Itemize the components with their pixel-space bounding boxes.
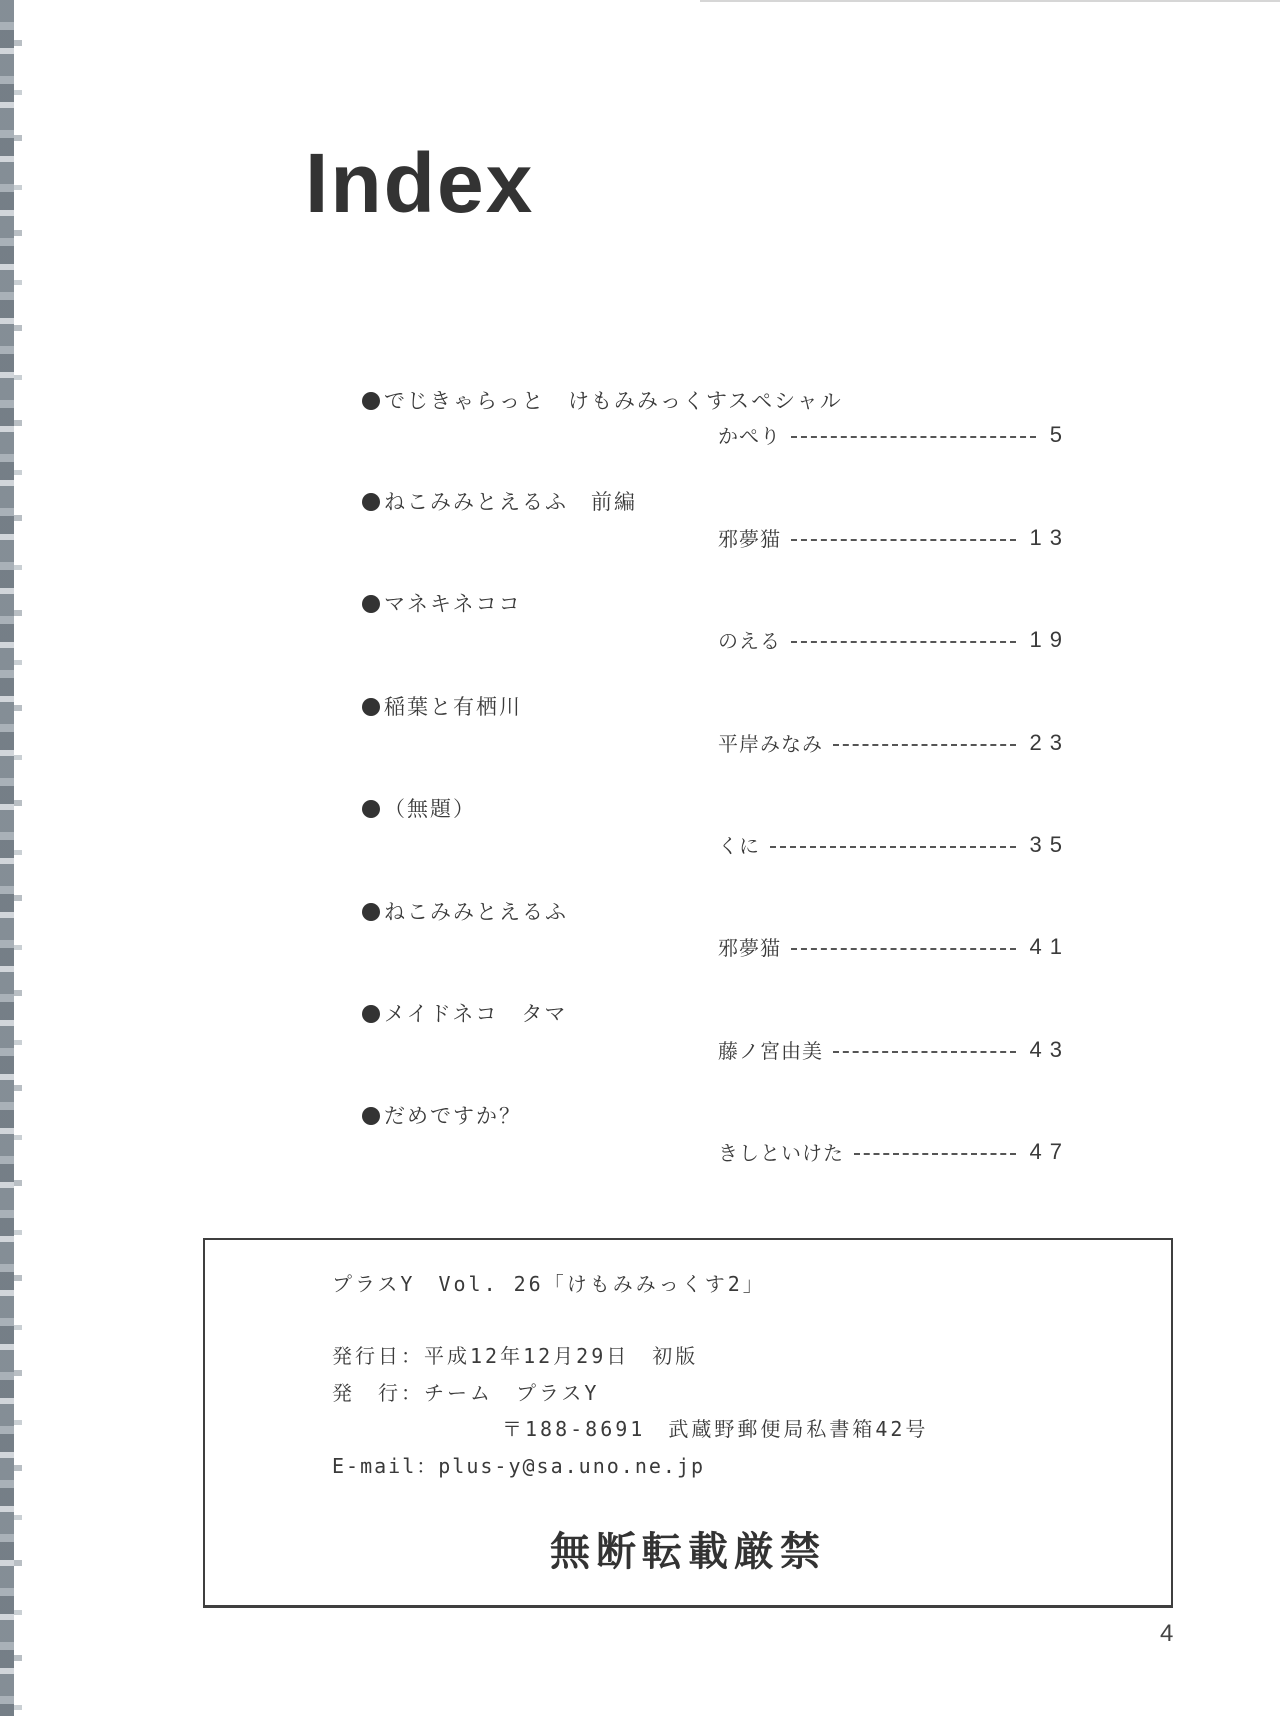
toc-entry-title: ねこみみとえるふ 前編 [362,486,637,516]
postal-address: 〒188-8691 武蔵野郵便局私書箱42号 [502,1413,928,1442]
author-name: かぺり [718,420,781,449]
page-number: 19 [1030,627,1070,653]
bullet-icon [362,392,380,410]
bullet-icon [362,1107,380,1125]
toc-entry-title: （無題） [362,793,476,823]
email-address: E-mail：plus-y@sa.uno.ne.jp [332,1450,705,1479]
page-number: 43 [1030,1037,1070,1063]
page-number: 47 [1030,1139,1070,1165]
toc-entry-author-row: くに35 [718,830,1070,859]
toc-entry-title: マネキネココ [362,588,522,618]
author-name: 藤ノ宮由美 [718,1035,823,1064]
dot-leader [791,641,1016,643]
dot-leader [770,846,1016,848]
author-name: 邪夢猫 [718,523,781,552]
toc-entry-author-row: 藤ノ宮由美43 [718,1035,1070,1064]
toc-entry-title: ねこみみとえるふ [362,896,568,926]
publication-title: プラスY Vol. 26「けもみみっくす2」 [332,1268,766,1297]
toc-entry-author-row: 邪夢猫41 [718,932,1070,961]
bullet-icon [362,595,380,613]
scanned-page-edge-shadow [14,0,22,1716]
page-number: 35 [1030,832,1070,858]
colophon-box: プラスY Vol. 26「けもみみっくす2」 発行日：平成12年12月29日 初… [203,1238,1173,1608]
page-title: Index [305,135,534,232]
page-number: 23 [1030,730,1070,756]
toc-entry-title: メイドネコ タマ [362,998,567,1028]
author-name: のえる [718,625,781,654]
scan-top-line [700,0,1280,2]
bullet-icon [362,800,380,818]
toc-entry-title: だめですか？ [362,1100,522,1130]
toc-entry-author-row: 平岸みなみ23 [718,728,1070,757]
dot-leader [854,1153,1016,1155]
publisher: 発 行：チーム プラスY [332,1377,599,1406]
toc-entry-author-row: かぺり5 [718,420,1070,449]
author-name: きしといけた [718,1137,844,1166]
bullet-icon [362,903,380,921]
issue-date: 発行日：平成12年12月29日 初版 [332,1340,698,1369]
bullet-icon [362,1005,380,1023]
bullet-icon [362,698,380,716]
author-name: 平岸みなみ [718,728,823,757]
toc-entry-author-row: きしといけた47 [718,1137,1070,1166]
toc-entry-author-row: 邪夢猫13 [718,523,1070,552]
author-name: くに [718,830,760,859]
dot-leader [791,539,1016,541]
scanned-page-edge [0,0,14,1716]
dot-leader [791,436,1036,438]
toc-entry-author-row: のえる19 [718,625,1070,654]
toc-entry-title: でじきゃらっと けもみみっくすスペシャル [362,385,843,415]
page-number: 13 [1030,525,1070,551]
dot-leader [791,948,1016,950]
dot-leader [833,744,1016,746]
page-number: 5 [1050,422,1070,448]
toc-entry-title: 稲葉と有栖川 [362,691,522,721]
copyright-notice: 無断転載厳禁 [205,1520,1171,1577]
author-name: 邪夢猫 [718,932,781,961]
bullet-icon [362,493,380,511]
page-number-footer: 4 [1160,1620,1173,1648]
dot-leader [833,1051,1016,1053]
page-number: 41 [1030,934,1070,960]
